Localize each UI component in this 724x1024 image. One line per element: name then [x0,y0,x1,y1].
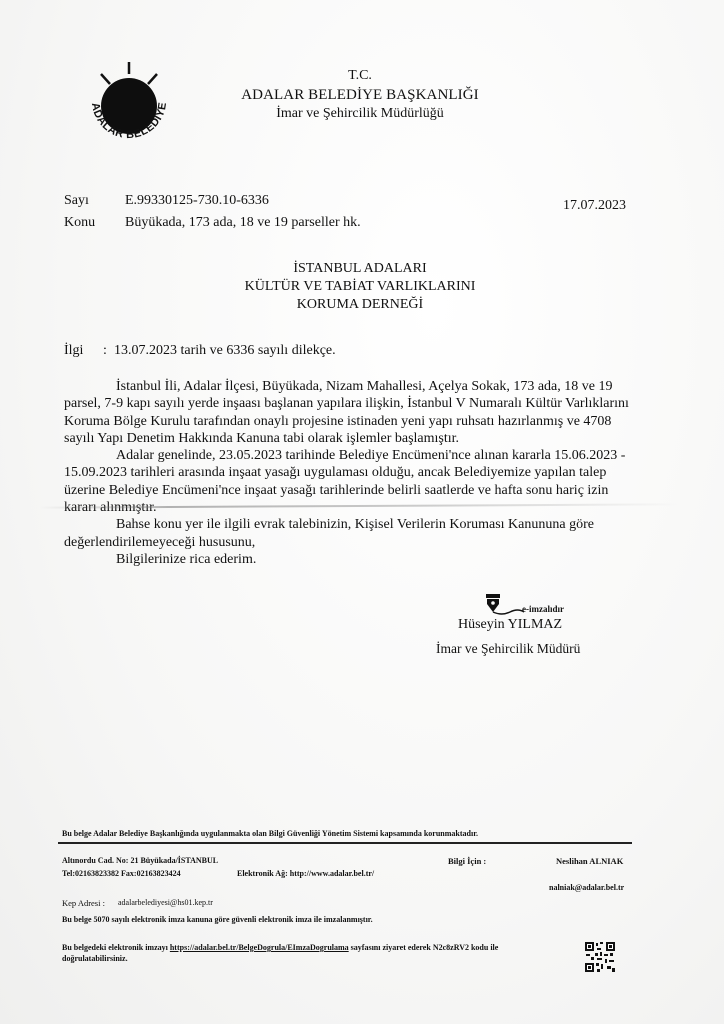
recipient-line: İSTANBUL ADALARI [200,260,520,278]
body-paragraph: İstanbul İli, Adalar İlçesi, Büyükada, N… [64,378,634,447]
sun-logo-icon: ADALAR BELEDİYESİ [74,56,184,156]
kep-address: adalarbelediyesi@hs01.kep.tr [118,898,213,907]
info-contact-name: Neslihan ALNIAK [556,856,623,866]
footer-web: Elektronik Ağ: http://www.adalar.bel.tr/ [237,869,374,878]
recipient-line: KORUMA DERNEĞİ [200,296,520,314]
ilgi-value: 13.07.2023 tarih ve 6336 sayılı dilekçe. [114,343,336,359]
verify-mid: sayfasını ziyaret ederek [351,943,431,952]
ilgi-label: İlgi [64,343,83,359]
recipient-line: KÜLTÜR VE TABİAT VARLIKLARINI [200,278,520,296]
verification-code: N2c8zRV2 [433,943,469,952]
body-paragraph: Bilgilerinize rica ederim. [64,551,634,568]
sayi-label: Sayı [64,193,89,209]
header-department: İmar ve Şehircilik Müdürlüğü [230,106,490,122]
e-signed-label: e-imzalıdır [522,604,564,614]
footer-tel-fax: Tel:02163823382 Fax:02163823424 [62,869,181,878]
municipality-logo: ADALAR BELEDİYESİ [74,56,184,156]
konu-label: Konu [64,215,95,231]
header-institution: ADALAR BELEDİYE BAŞKANLIĞI [230,87,490,104]
ilgi-colon: : [103,343,107,359]
verification-note: Bu belgedeki elektronik imzayı https://a… [62,942,562,964]
footer-divider [58,842,632,844]
body-paragraph: Bahse konu yer ile ilgili evrak talebini… [64,516,634,551]
info-contact-label: Bilgi İçin : [448,856,486,866]
info-contact-email: nalniak@adalar.bel.tr [549,883,624,892]
signer-title: İmar ve Şehircilik Müdürü [436,641,580,657]
header-tc: T.C. [230,68,490,84]
document-page: ADALAR BELEDİYESİ T.C. ADALAR BELEDİYE B… [0,0,724,1024]
e-signature-law-note: Bu belge 5070 sayılı elektronik imza kan… [62,915,373,924]
konu-value: Büyükada, 173 ada, 18 ve 19 parseller hk… [125,215,361,231]
recipient-block: İSTANBUL ADALARI KÜLTÜR VE TABİAT VARLIK… [200,260,520,314]
verify-prefix: Bu belgedeki elektronik imzayı [62,943,168,952]
iso-note: Bu belge Adalar Belediye Başkanlığında u… [62,829,478,838]
qr-code-icon [585,942,615,972]
verification-link[interactable]: https://adalar.bel.tr/BelgeDogrula/EImza… [170,943,349,952]
document-date: 17.07.2023 [563,198,626,214]
signer-name: Hüseyin YILMAZ [458,617,562,633]
footer-address: Altınordu Cad. No: 21 Büyükada/İSTANBUL [62,856,218,865]
sayi-value: E.99330125-730.10-6336 [125,193,269,209]
kep-label: Kep Adresi : [62,898,105,908]
e-signature-pen-icon [484,592,524,618]
letter-body: İstanbul İli, Adalar İlçesi, Büyükada, N… [64,378,634,568]
